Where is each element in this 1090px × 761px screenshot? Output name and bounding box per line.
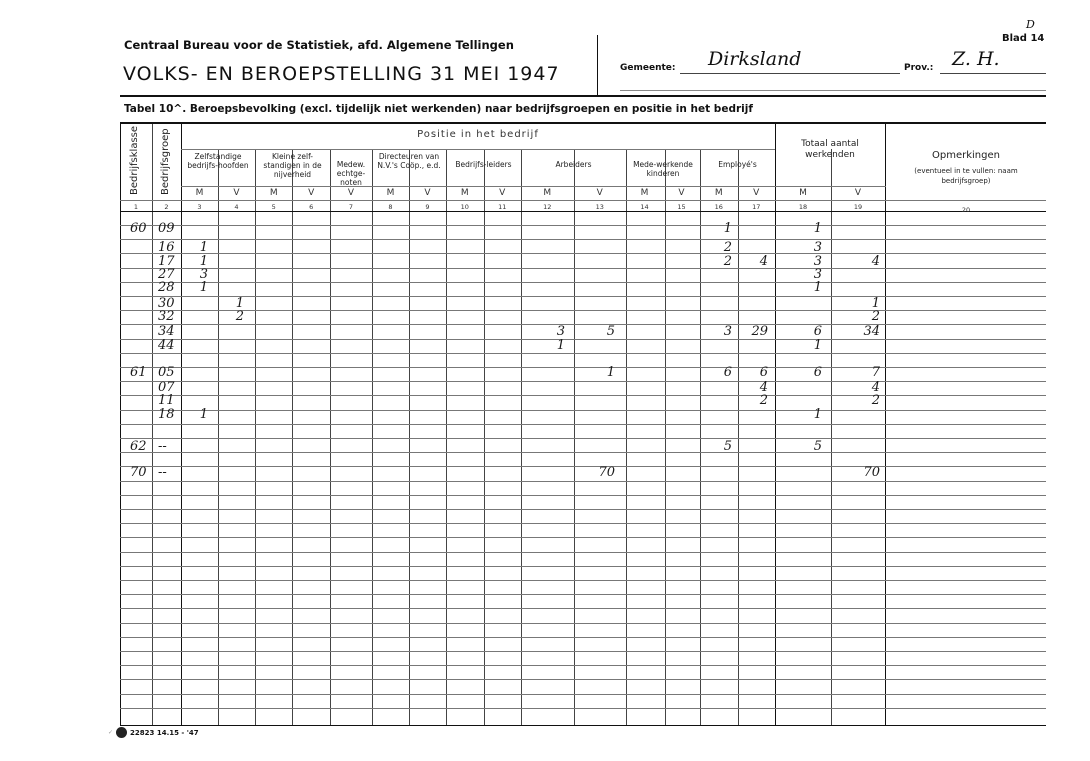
prov-field[interactable]: Z. H. <box>940 46 1046 74</box>
blad-label: Blad 14 <box>1002 33 1044 44</box>
sex-header: V <box>663 188 700 198</box>
row-line <box>120 580 1046 581</box>
sex-header: M <box>181 188 218 198</box>
col-num: 15 <box>663 203 700 211</box>
cell-value-c3: 1 <box>200 281 208 294</box>
sex-header: V <box>484 188 522 198</box>
bedrijfsgroep-value: 16 <box>158 241 175 254</box>
group-header: Kleine zelf-standigen in de nijverheid <box>257 152 328 179</box>
gemeente-underline-2 <box>620 90 1046 91</box>
sex-header: M <box>372 188 409 198</box>
bedrijfsgroep-value: 34 <box>158 325 175 338</box>
grid-vline <box>446 149 447 725</box>
row-line <box>120 310 1046 311</box>
row-line <box>120 438 1046 439</box>
group-header: Bedrijfs-leiders <box>448 160 519 169</box>
bedrijfsgroep-value: 28 <box>158 281 175 294</box>
row-line <box>120 481 1046 482</box>
sex-header: M <box>626 188 663 198</box>
grid-vline <box>700 149 701 725</box>
cell-value-c3: 1 <box>200 408 208 421</box>
col-num: 3 <box>181 203 218 211</box>
bedrijfsklasse-value: 61 <box>130 366 147 379</box>
positie-rule <box>181 149 775 150</box>
sex-header: V <box>409 188 446 198</box>
totaal-header: Totaal aantal werkenden <box>800 139 860 161</box>
cell-value-c19: 34 <box>863 325 880 338</box>
cell-value-c19: 2 <box>872 394 880 407</box>
printer-logo-icon <box>116 727 127 738</box>
cell-value-c12: 1 <box>557 339 565 352</box>
table-bottom-rule <box>120 725 1046 726</box>
col-num: 5 <box>255 203 293 211</box>
col-num-1: 1 <box>120 203 152 211</box>
opmerkingen-header: Opmerkingen <box>886 151 1046 160</box>
cell-value-c12: 3 <box>557 325 565 338</box>
gemeente-field[interactable]: Dirksland <box>680 46 900 74</box>
grid-vline <box>372 149 373 725</box>
col-num: 7 <box>330 203 372 211</box>
gemeente-label: Gemeente: <box>620 63 676 73</box>
blad-text: Blad <box>1002 33 1027 44</box>
bedrijfsgroep-value: 32 <box>158 310 175 323</box>
group-header: Zelfstandige bedrijfs-hoofden <box>183 152 253 170</box>
bedrijfsklasse-value: 70 <box>130 466 147 479</box>
blad-number: 14 <box>1030 33 1044 44</box>
row-line <box>120 452 1046 453</box>
title-rule <box>120 95 1046 97</box>
group-header: Mede-werkende kinderen <box>628 160 698 178</box>
grid-vline <box>521 149 522 725</box>
cell-value-c18: 1 <box>814 339 822 352</box>
grid-vline <box>409 149 410 725</box>
bedrijfsklasse-value: 60 <box>130 222 147 235</box>
row-line <box>120 282 1046 283</box>
cell-value-c17: 2 <box>760 394 768 407</box>
grid-vline <box>292 149 293 725</box>
cell-value-c18: 3 <box>814 241 822 254</box>
bedrijfsgroep-value: 09 <box>158 222 175 235</box>
gemeente-value: Dirksland <box>708 48 801 70</box>
prov-label: Prov.: <box>904 63 933 73</box>
col-num: 17 <box>738 203 776 211</box>
sex-header: V <box>738 188 776 198</box>
col-num: 8 <box>372 203 409 211</box>
row-line <box>120 552 1046 553</box>
row-line <box>120 424 1046 425</box>
group-header: Directeuren van N.V.'s Coöp., e.d. <box>374 152 444 170</box>
col-num: 13 <box>574 203 627 211</box>
cell-value-c13: 1 <box>607 366 615 379</box>
positie-header: Positie in het bedrijf <box>181 129 775 140</box>
row-line <box>120 381 1046 382</box>
cell-value-c18: 6 <box>814 325 822 338</box>
col-num: 12 <box>521 203 574 211</box>
sex-header: V <box>218 188 255 198</box>
grid-vline <box>626 149 627 725</box>
sex-header: M <box>700 188 738 198</box>
bureau-line: Centraal Bureau voor de Statistiek, afd.… <box>124 38 514 52</box>
row-line <box>120 225 1046 226</box>
cell-value-c17: 4 <box>760 255 768 268</box>
sex-header: V <box>574 188 627 198</box>
row-line <box>120 339 1046 340</box>
bedrijfsgroep-value: -- <box>158 440 167 453</box>
row-line <box>120 708 1046 709</box>
cell-value-c19: 70 <box>863 466 880 479</box>
prov-value: Z. H. <box>952 48 1000 70</box>
num-rule <box>120 200 1046 201</box>
sex-header: V <box>293 188 331 198</box>
print-stamp: ✓ 22823 14.15 - '47 <box>108 727 199 738</box>
row-line <box>120 253 1046 254</box>
cell-value-c18: 1 <box>814 222 822 235</box>
grid-vline <box>831 149 832 725</box>
sex-header: M <box>775 188 831 198</box>
grid-vline <box>255 149 256 725</box>
bedrijfsgroep-header: Bedrijfsgroep <box>160 128 171 195</box>
row-line <box>120 353 1046 354</box>
cell-value-c18: 1 <box>814 281 822 294</box>
sex-header: M <box>446 188 484 198</box>
cell-value-c19: 2 <box>872 310 880 323</box>
row-line <box>120 594 1046 595</box>
grid-vline <box>484 149 485 725</box>
cell-value-c13: 70 <box>598 466 615 479</box>
cell-value-c3: 1 <box>200 241 208 254</box>
sex-header: M <box>521 188 574 198</box>
col-num: 14 <box>626 203 663 211</box>
cell-value-c17: 6 <box>760 366 768 379</box>
bedrijfsgroep-value: 11 <box>158 394 175 407</box>
grid-vline <box>218 149 219 725</box>
row-line <box>120 608 1046 609</box>
blad-mark: D <box>1026 18 1035 31</box>
tick-mark: ✓ <box>108 729 113 736</box>
caption-rule <box>120 122 1046 124</box>
row-line <box>120 537 1046 538</box>
row-line <box>120 410 1046 411</box>
bedrijfsgroep-value: 05 <box>158 366 175 379</box>
grid-vline <box>665 149 666 725</box>
bedrijfsklasse-header: Bedrijfsklasse <box>129 126 140 195</box>
row-line <box>120 395 1046 396</box>
cell-value-c17: 29 <box>751 325 768 338</box>
col-num: 16 <box>700 203 738 211</box>
bedrijfsgroep-value: -- <box>158 466 167 479</box>
cell-value-c16: 2 <box>724 241 732 254</box>
row-line <box>120 623 1046 624</box>
group-header: Medew. echtge-noten <box>332 160 370 187</box>
row-line <box>120 694 1046 695</box>
cell-value-c18: 5 <box>814 440 822 453</box>
row-line <box>120 637 1046 638</box>
col-num: 10 <box>446 203 484 211</box>
row-line <box>120 239 1046 240</box>
cell-value-c19: 7 <box>872 366 880 379</box>
row-line <box>120 296 1046 297</box>
row-line <box>120 651 1046 652</box>
cell-value-c5: 2 <box>236 310 244 323</box>
header-divider <box>597 35 598 95</box>
col-num-20: 20 <box>886 206 1046 214</box>
cell-value-c13: 5 <box>607 325 615 338</box>
cell-value-c16: 1 <box>724 222 732 235</box>
col-num: 11 <box>484 203 522 211</box>
cell-value-c18: 1 <box>814 408 822 421</box>
bedrijfsgroep-value: 18 <box>158 408 175 421</box>
sex-header: V <box>330 188 372 198</box>
cell-value-c18: 6 <box>814 366 822 379</box>
cell-value-c16: 3 <box>724 325 732 338</box>
row-line <box>120 679 1046 680</box>
table-caption: Tabel 10^. Beroepsbevolking (excl. tijde… <box>124 103 753 115</box>
row-line <box>120 665 1046 666</box>
row-line <box>120 509 1046 510</box>
cell-value-c16: 2 <box>724 255 732 268</box>
row-line <box>120 268 1046 269</box>
mv-rule <box>181 186 886 187</box>
bedrijfsgroep-value: 44 <box>158 339 175 352</box>
document-title: VOLKS- EN BEROEPSTELLING 31 MEI 1947 <box>123 63 560 85</box>
group-header: Employé's <box>702 160 773 169</box>
cell-value-c16: 6 <box>724 366 732 379</box>
grid-vline <box>738 149 739 725</box>
grid-vline <box>330 149 331 725</box>
opmerkingen-note: (eventueel in te vullen: naam bedrijfsgr… <box>906 166 1026 186</box>
sex-header: M <box>255 188 293 198</box>
col-num-2: 2 <box>152 203 181 211</box>
group-header: Arbeiders <box>523 160 624 169</box>
row-line <box>120 466 1046 467</box>
grid-vline <box>574 149 575 725</box>
col-num: 6 <box>293 203 331 211</box>
sex-header: V <box>831 188 885 198</box>
cell-value-c19: 4 <box>872 255 880 268</box>
row-line <box>120 523 1046 524</box>
row-line <box>120 566 1046 567</box>
row-line <box>120 495 1046 496</box>
col-num: 18 <box>775 203 831 211</box>
row-line <box>120 324 1046 325</box>
col-num: 19 <box>831 203 885 211</box>
row-line <box>120 367 1046 368</box>
bedrijfsklasse-value: 62 <box>130 440 147 453</box>
col-num: 4 <box>218 203 255 211</box>
cell-value-c16: 5 <box>724 440 732 453</box>
print-code: 22823 14.15 - '47 <box>130 729 199 737</box>
col-num: 9 <box>409 203 446 211</box>
